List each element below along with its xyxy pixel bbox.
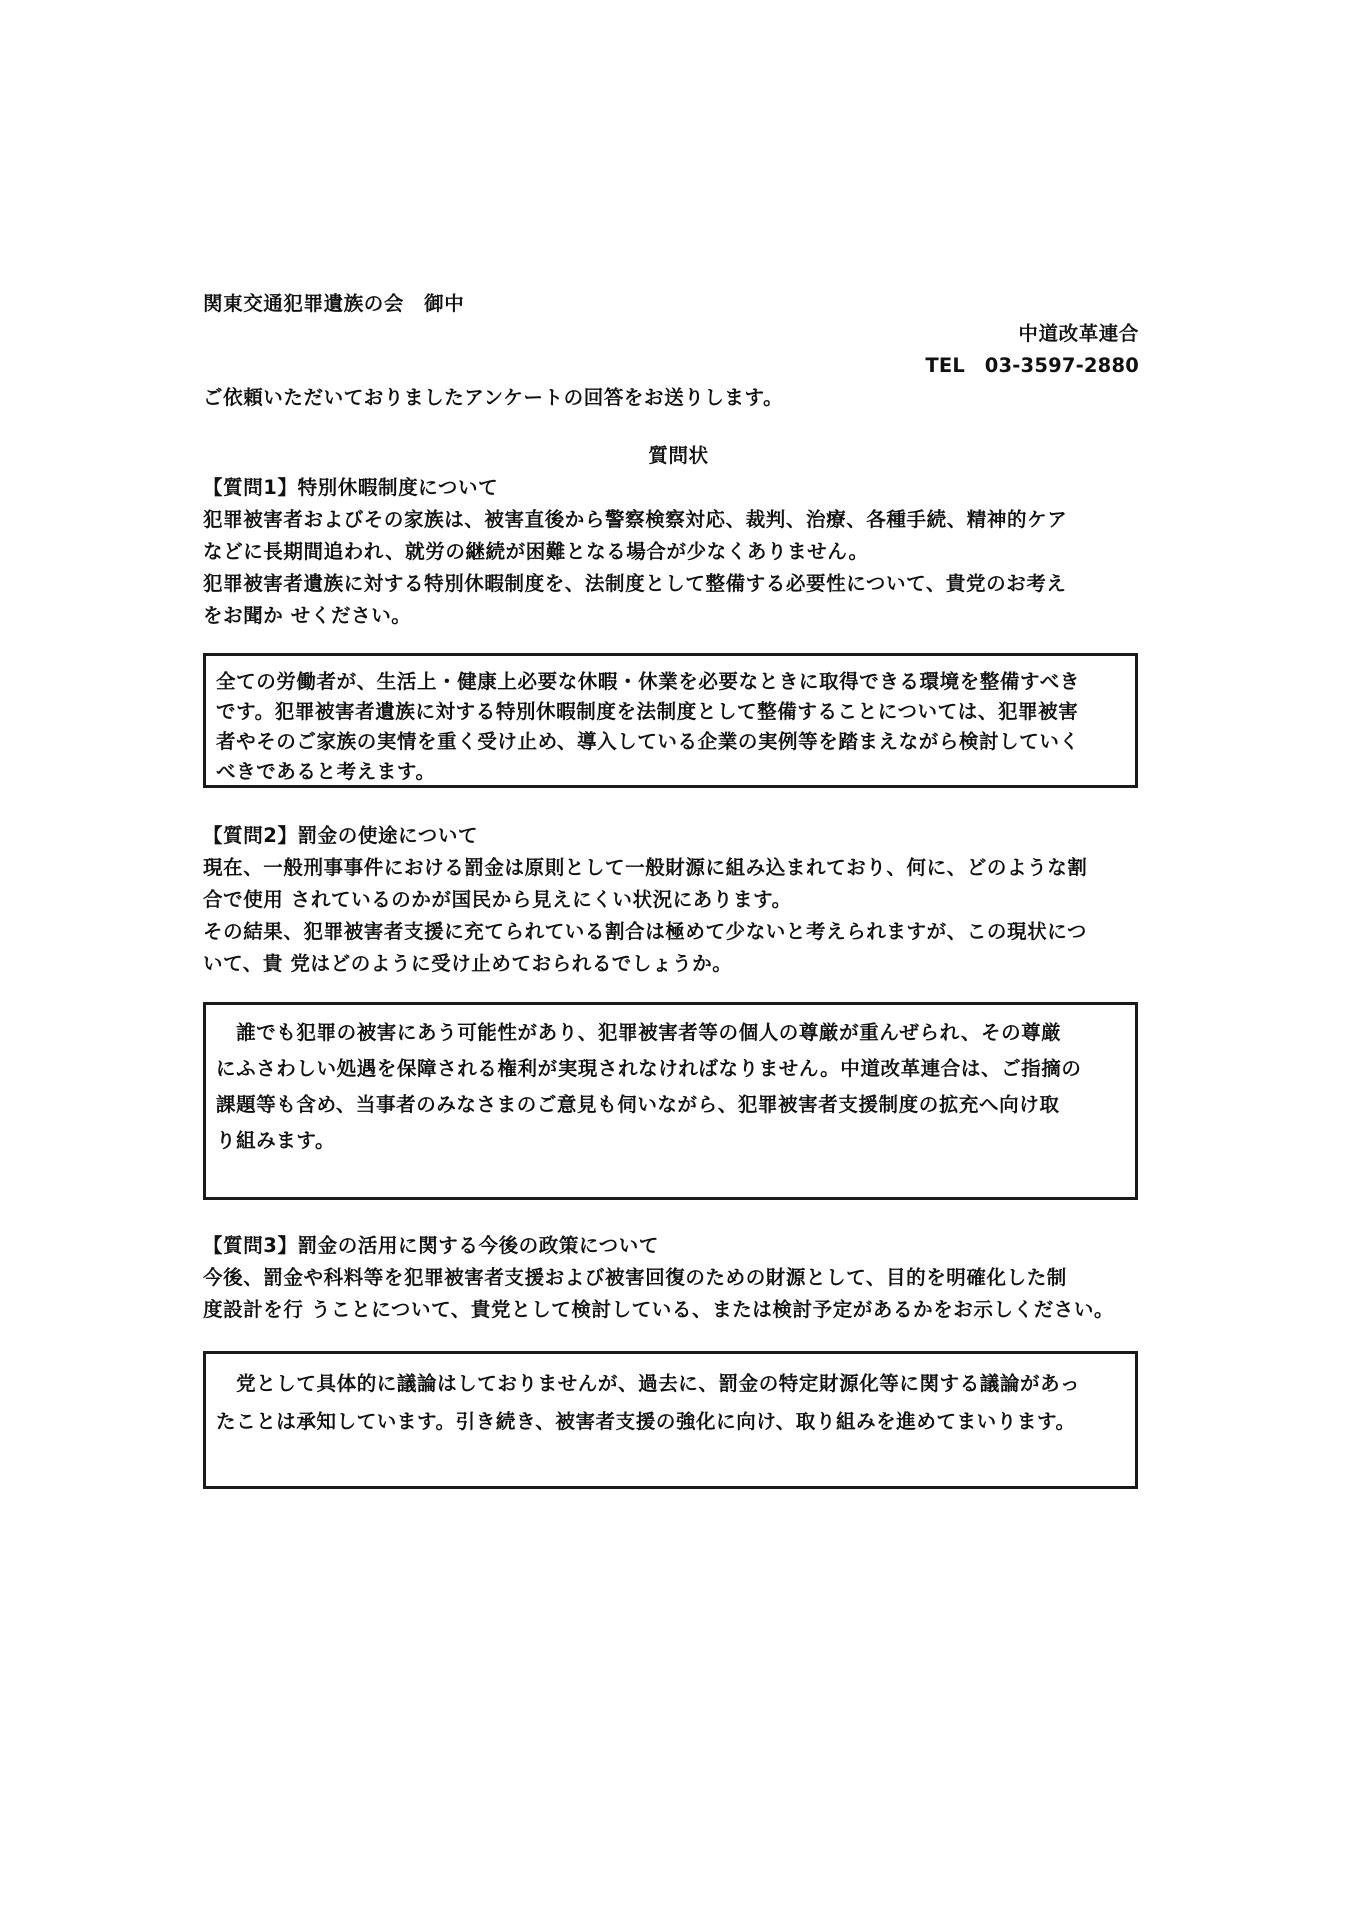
question-body-line: 度設計を行 うことについて、貴党として検討している、または検討予定があるかをお示… [203, 1294, 1114, 1322]
question-heading: 【質問3】罰金の活用に関する今後の政策について [203, 1230, 659, 1258]
answer-line: べきであると考えます。 [216, 756, 436, 784]
intro-text: ご依頼いただいておりましたアンケートの回答をお送りします。 [203, 382, 783, 410]
answer-line: り組みます。 [216, 1125, 335, 1153]
addressee: 関東交通犯罪遺族の会 御中 [203, 288, 464, 316]
answer-line: 課題等も含め、当事者のみなさまのご意見も伺いながら、犯罪被害者支援制度の拡充へ向… [216, 1089, 1059, 1117]
answer-line: 全ての労働者が、生活上・健康上必要な休暇・休業を必要なときに取得できる環境を整備… [216, 666, 1080, 694]
question-body-line: 犯罪被害者遺族に対する特別休暇制度を、法制度として整備する必要性について、貴党の… [203, 568, 1067, 596]
answer-line: です。犯罪被害者遺族に対する特別休暇制度を法制度として整備することについては、犯… [216, 696, 1078, 724]
question-body-line: その結果、犯罪被害者支援に充てられている割合は極めて少ないと考えられますが、この… [203, 916, 1087, 944]
answer-line: 党として具体的に議論はしておりませんが、過去に、罰金の特定財源化等に関する議論が… [216, 1368, 1080, 1396]
answer-box-1: 全ての労働者が、生活上・健康上必要な休暇・休業を必要なときに取得できる環境を整備… [203, 653, 1138, 788]
answer-box-3: 党として具体的に議論はしておりませんが、過去に、罰金の特定財源化等に関する議論が… [203, 1351, 1138, 1489]
answer-line: にふさわしい処遇を保障される権利が実現されなければなりません。中道改革連合は、ご… [216, 1053, 1081, 1081]
question-body-line: 今後、罰金や科料等を犯罪被害者支援および被害回復のための財源として、目的を明確化… [203, 1262, 1067, 1290]
answer-box-2: 誰でも犯罪の被害にあう可能性があり、犯罪被害者等の個人の尊厳が重んぜられ、その尊… [203, 1002, 1138, 1200]
answer-line: たことは承知しています。引き続き、被害者支援の強化に向け、取り組みを進めてまいり… [216, 1406, 1076, 1434]
document-title: 質問状 [0, 440, 1357, 468]
answer-line: 者やそのご家族の実情を重く受け止め、導入している企業の実例等を踏まえながら検討し… [216, 726, 1080, 754]
question-body-line: 現在、一般刑事事件における罰金は原則として一般財源に組み込まれており、何に、どの… [203, 852, 1087, 880]
sender-organization: 中道改革連合 [1018, 318, 1139, 346]
document-page: 関東交通犯罪遺族の会 御中 中道改革連合 TEL 03-3597-2880 ご依… [0, 0, 1357, 1920]
question-body-line: いて、貴 党はどのように受け止めておられるでしょうか。 [203, 948, 732, 976]
sender-telephone: TEL 03-3597-2880 [925, 350, 1139, 378]
question-body-line: をお聞か せください。 [203, 600, 411, 628]
question-heading: 【質問2】罰金の使途について [203, 820, 478, 848]
question-body-line: などに長期間追われ、就労の継続が困難となる場合が少なくありません。 [203, 536, 869, 564]
question-heading: 【質問1】特別休暇制度について [203, 472, 498, 500]
answer-line: 誰でも犯罪の被害にあう可能性があり、犯罪被害者等の個人の尊厳が重んぜられ、その尊… [216, 1017, 1061, 1045]
question-body-line: 合で使用 されているのかが国民から見えにくい状況にあります。 [203, 884, 792, 912]
question-body-line: 犯罪被害者およびその家族は、被害直後から警察検察対応、裁判、治療、各種手続、精神… [203, 504, 1067, 532]
